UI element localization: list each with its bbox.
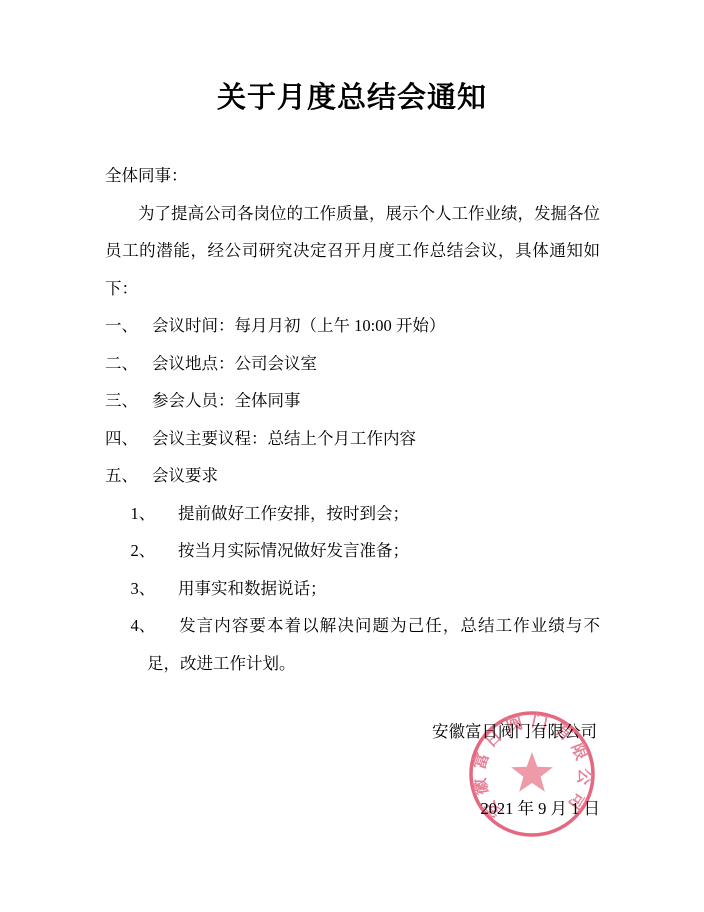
sub-item-number: 3、 bbox=[131, 570, 179, 608]
list-item: 四、会议主要议程：总结上个月工作内容 bbox=[105, 420, 600, 458]
sub-list-item: 4、发言内容要本着以解决问题为己任，总结工作业绩与不足，改进工作计划。 bbox=[105, 607, 600, 682]
list-item-number: 四、 bbox=[105, 420, 152, 458]
list-item-text: 会议要求 bbox=[152, 466, 218, 485]
list-item: 五、会议要求 bbox=[105, 457, 600, 495]
sub-list-item: 3、用事实和数据说话； bbox=[105, 570, 600, 608]
sub-item-text: 按当月实际情况做好发言准备； bbox=[178, 541, 409, 560]
list-item-text: 会议时间：每月月初（上午 10:00 开始） bbox=[152, 316, 445, 335]
list-item: 一、会议时间：每月月初（上午 10:00 开始） bbox=[105, 307, 600, 345]
list-item-text: 参会人员：全体同事 bbox=[152, 391, 301, 410]
sub-item-number: 2、 bbox=[131, 532, 179, 570]
sub-item-number: 1、 bbox=[131, 495, 179, 533]
sub-item-text: 发言内容要本着以解决问题为己任，总结工作业绩与不足，改进工作计划。 bbox=[147, 616, 600, 673]
document-body: 全体同事： 为了提高公司各岗位的工作质量，展示个人工作业绩，发掘各位员工的潜能，… bbox=[105, 157, 600, 682]
sub-item-text: 提前做好工作安排，按时到会； bbox=[178, 504, 409, 523]
list-item: 三、参会人员：全体同事 bbox=[105, 382, 600, 420]
list-item-number: 二、 bbox=[105, 345, 152, 383]
intro-paragraph: 为了提高公司各岗位的工作质量，展示个人工作业绩，发掘各位员工的潜能，经公司研究决… bbox=[105, 195, 600, 308]
list-item-text: 会议主要议程：总结上个月工作内容 bbox=[152, 429, 416, 448]
document-page: 关于月度总结会通知 全体同事： 为了提高公司各岗位的工作质量，展示个人工作业绩，… bbox=[0, 0, 704, 912]
salutation: 全体同事： bbox=[105, 157, 600, 195]
sub-item-text: 用事实和数据说话； bbox=[178, 579, 327, 598]
list-item-text: 会议地点：公司会议室 bbox=[152, 354, 317, 373]
list-item-number: 五、 bbox=[105, 457, 152, 495]
sub-item-number: 4、 bbox=[131, 607, 179, 645]
company-seal-icon: 安徽富日阀门有限公司 bbox=[462, 704, 602, 844]
list-item-number: 一、 bbox=[105, 307, 152, 345]
seal-star-icon bbox=[511, 752, 553, 792]
sub-list-item: 1、提前做好工作安排，按时到会； bbox=[105, 495, 600, 533]
list-item-number: 三、 bbox=[105, 382, 152, 420]
document-title: 关于月度总结会通知 bbox=[0, 76, 704, 120]
list-item: 二、会议地点：公司会议室 bbox=[105, 345, 600, 383]
sub-list-item: 2、按当月实际情况做好发言准备； bbox=[105, 532, 600, 570]
